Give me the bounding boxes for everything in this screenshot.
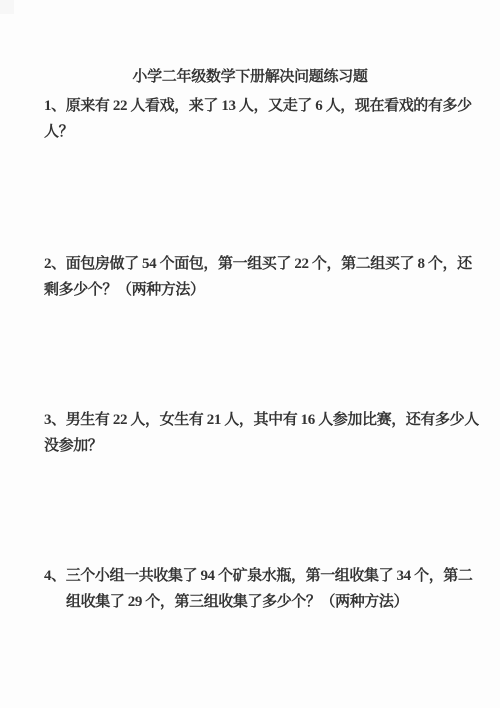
problem-4: 4、三个小组一共收集了 94 个矿泉水瓶，第一组收集了 34 个，第二 组收集了… xyxy=(44,563,484,615)
problem-3: 3、男生有 22 人，女生有 21 人，其中有 16 人参加比赛，还有多少人 没… xyxy=(44,407,484,459)
problem-1: 1、原来有 22 人看戏，来了 13 人，又走了 6 人，现在看戏的有多少 人？ xyxy=(44,93,484,145)
problem-4-line-1: 4、三个小组一共收集了 94 个矿泉水瓶，第一组收集了 34 个，第二 xyxy=(44,563,484,589)
problem-1-line-1: 1、原来有 22 人看戏，来了 13 人，又走了 6 人，现在看戏的有多少 xyxy=(44,93,484,119)
problem-4-line-2: 组收集了 29 个，第三组收集了多少个？（两种方法） xyxy=(44,589,484,615)
scan-artifact-corner xyxy=(0,0,14,14)
problem-2-line-2: 剩多少个？（两种方法） xyxy=(44,277,484,303)
problem-3-line-2: 没参加？ xyxy=(44,433,484,459)
problem-3-line-1: 3、男生有 22 人，女生有 21 人，其中有 16 人参加比赛，还有多少人 xyxy=(44,407,484,433)
problem-2-line-1: 2、面包房做了 54 个面包，第一组买了 22 个，第二组买了 8 个，还 xyxy=(44,251,484,277)
worksheet-page: 小学二年级数学下册解决问题练习题 1、原来有 22 人看戏，来了 13 人，又走… xyxy=(0,0,500,708)
problem-2: 2、面包房做了 54 个面包，第一组买了 22 个，第二组买了 8 个，还 剩多… xyxy=(44,251,484,303)
worksheet-title: 小学二年级数学下册解决问题练习题 xyxy=(0,65,500,86)
problem-1-line-2: 人？ xyxy=(44,119,484,145)
